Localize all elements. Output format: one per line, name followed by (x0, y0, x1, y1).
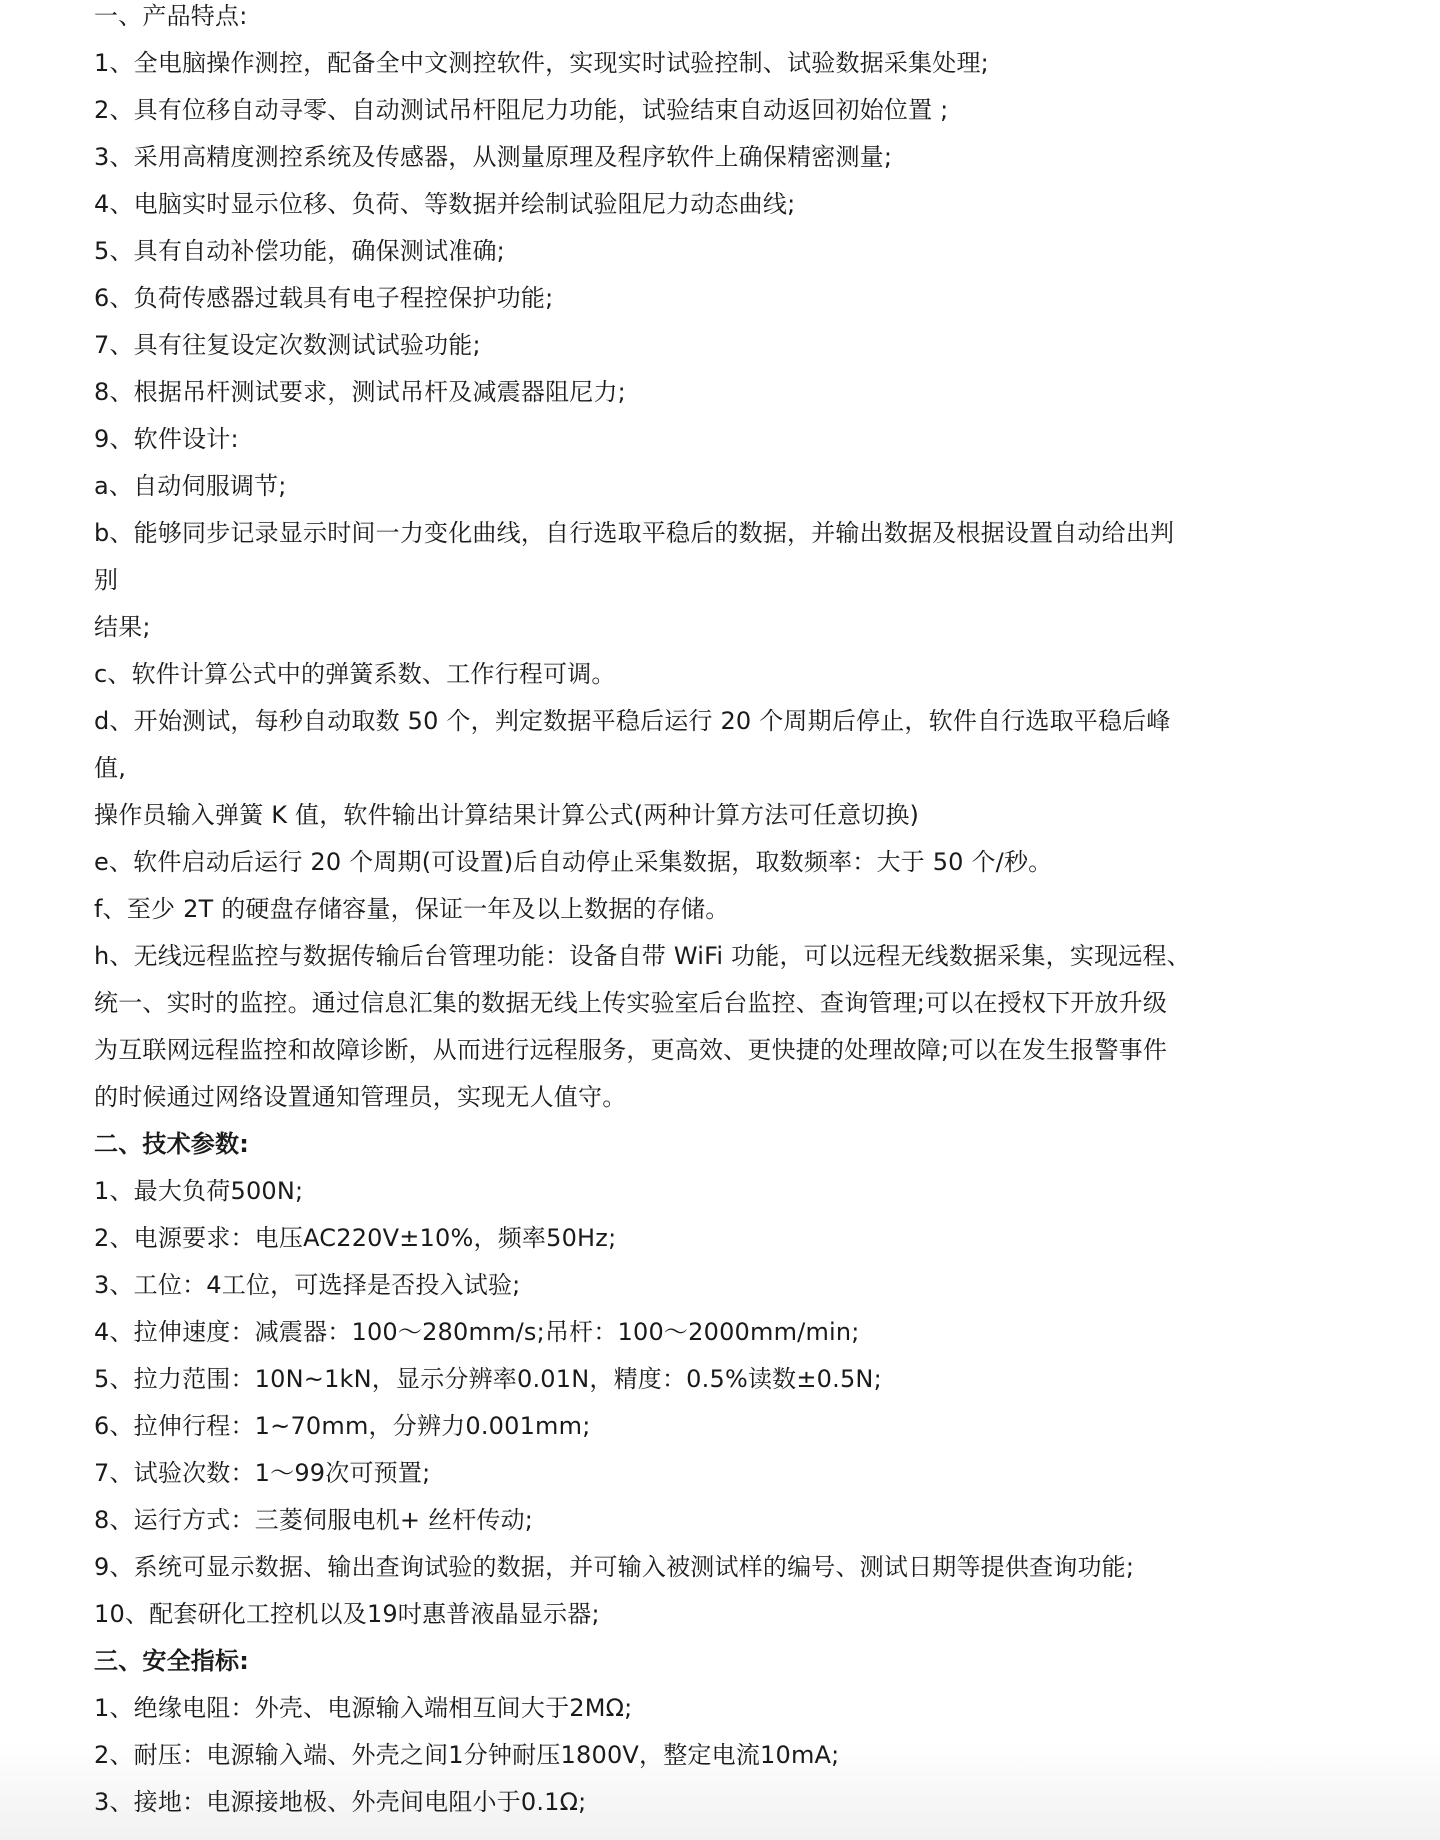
software-item-h: h、无线远程监控与数据传输后台管理功能：设备自带 WiFi 功能，可以远程无线数… (94, 933, 1404, 980)
software-item-b: b、能够同步记录显示时间一力变化曲线，自行选取平稳后的数据，并输出数据及根据设置… (94, 510, 1404, 557)
safety-item-3: 3、接地：电源接地极、外壳间电阻小于0.1Ω; (94, 1779, 1404, 1826)
feature-item-5: 5、具有自动补偿功能，确保测试准确; (94, 228, 1404, 275)
software-item-h-line-4: 的时候通过网络设置通知管理员，实现无人值守。 (94, 1074, 1404, 1121)
software-item-f: f、至少 2T 的硬盘存储容量，保证一年及以上数据的存储。 (94, 886, 1404, 933)
param-item-8: 8、运行方式：三菱伺服电机+ 丝杆传动; (94, 1497, 1404, 1544)
param-item-5: 5、拉力范围：10N~1kN，显示分辨率0.01N，精度：0.5%读数±0.5N… (94, 1356, 1404, 1403)
param-item-10: 10、配套研化工控机以及19吋惠普液晶显示器; (94, 1591, 1404, 1638)
software-item-a: a、自动伺服调节; (94, 463, 1404, 510)
feature-item-7: 7、具有往复设定次数测试试验功能; (94, 322, 1404, 369)
param-item-7: 7、试验次数：1～99次可预置; (94, 1450, 1404, 1497)
feature-item-2: 2、具有位移自动寻零、自动测试吊杆阻尼力功能，试验结束自动返回初始位置 ; (94, 87, 1404, 134)
feature-item-9-software-design: 9、软件设计: (94, 416, 1404, 463)
param-item-9: 9、系统可显示数据、输出查询试验的数据，并可输入被测试样的编号、测试日期等提供查… (94, 1544, 1404, 1591)
software-item-c: c、软件计算公式中的弹簧系数、工作行程可调。 (94, 651, 1404, 698)
section-heading-tech-params: 二、技术参数: (94, 1121, 1404, 1168)
software-item-b-result: 结果; (94, 604, 1404, 651)
param-item-4: 4、拉伸速度：减震器：100～280mm/s;吊杆：100～2000mm/min… (94, 1309, 1404, 1356)
software-item-h-line-2: 统一、实时的监控。通过信息汇集的数据无线上传实验室后台监控、查询管理;可以在授权… (94, 980, 1404, 1027)
section-heading-safety: 三、安全指标: (94, 1638, 1404, 1685)
param-item-6: 6、拉伸行程：1~70mm，分辨力0.001mm; (94, 1403, 1404, 1450)
feature-item-6: 6、负荷传感器过载具有电子程控保护功能; (94, 275, 1404, 322)
feature-item-1: 1、全电脑操作测控，配备全中文测控软件，实现实时试验控制、试验数据采集处理; (94, 40, 1404, 87)
software-item-d-formula: 操作员输入弹簧 K 值，软件输出计算结果计算公式(两种计算方法可任意切换) (94, 792, 1404, 839)
software-item-h-line-3: 为互联网远程监控和故障诊断，从而进行远程服务，更高效、更快捷的处理故障;可以在发… (94, 1027, 1404, 1074)
document-page: 一、产品特点: 1、全电脑操作测控，配备全中文测控软件，实现实时试验控制、试验数… (0, 0, 1440, 1840)
feature-item-3: 3、采用高精度测控系统及传感器，从测量原理及程序软件上确保精密测量; (94, 134, 1404, 181)
safety-item-2: 2、耐压：电源输入端、外壳之间1分钟耐压1800V，整定电流10mA; (94, 1732, 1404, 1779)
document-body: 一、产品特点: 1、全电脑操作测控，配备全中文测控软件，实现实时试验控制、试验数… (94, 0, 1404, 1826)
param-item-1: 1、最大负荷500N; (94, 1168, 1404, 1215)
safety-item-1: 1、绝缘电阻：外壳、电源输入端相互间大于2MΩ; (94, 1685, 1404, 1732)
param-item-3: 3、工位：4工位，可选择是否投入试验; (94, 1262, 1404, 1309)
section-heading-features: 一、产品特点: (94, 0, 1404, 40)
software-item-e: e、软件启动后运行 20 个周期(可设置)后自动停止采集数据，取数频率：大于 5… (94, 839, 1404, 886)
feature-item-4: 4、电脑实时显示位移、负荷、等数据并绘制试验阻尼力动态曲线; (94, 181, 1404, 228)
software-item-d-continued: 值, (94, 745, 1404, 792)
feature-item-8: 8、根据吊杆测试要求，测试吊杆及减震器阻尼力; (94, 369, 1404, 416)
param-item-2: 2、电源要求：电压AC220V±10%，频率50Hz; (94, 1215, 1404, 1262)
software-item-d: d、开始测试，每秒自动取数 50 个，判定数据平稳后运行 20 个周期后停止，软… (94, 698, 1404, 745)
software-item-b-continued: 别 (94, 557, 1404, 604)
